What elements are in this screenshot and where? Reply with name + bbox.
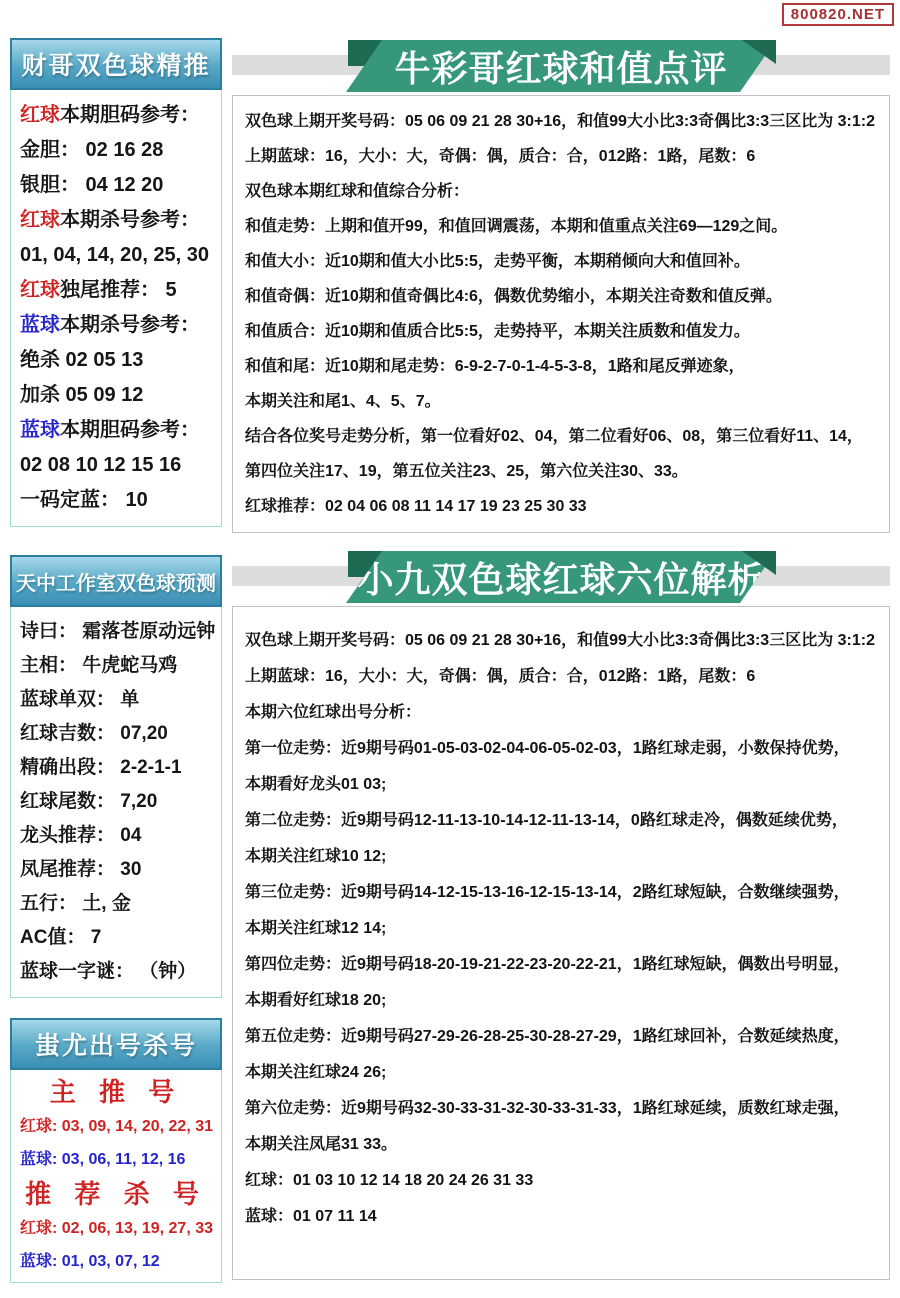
- analysis-line: 双色球上期开奖号码：05 06 09 21 28 30+16，和值99大小比3:…: [245, 104, 877, 139]
- analysis-line: 第五位走势：近9期号码27-29-26-28-25-30-28-27-29，1路…: [245, 1019, 877, 1055]
- panel-chiyou-numbers: 蚩尤出号杀号 主 推 号 红球: 03, 09, 14, 20, 22, 31 …: [10, 1018, 222, 1283]
- panel-caige-title: 财哥双色球精推: [10, 38, 222, 90]
- line-text: 本期胆码参考：: [60, 419, 200, 441]
- text-line: 凤尾推荐： 30: [20, 853, 212, 887]
- text-line: 01, 04, 14, 20, 25, 30: [20, 238, 212, 273]
- red-ball-recommendation: 红球推荐：02 04 06 08 11 14 17 19 23 25 30 33: [245, 489, 877, 524]
- line-text: 主相： 牛虎蛇马鸡: [20, 655, 177, 676]
- analysis-line: 本期关注凤尾31 33。: [245, 1127, 877, 1163]
- text-line: 诗曰： 霜落苍原动远钟: [20, 615, 212, 649]
- red-ball-recommendation: 红球：01 03 10 12 14 18 20 24 26 31 33: [245, 1163, 877, 1199]
- banner-niucaige: 牛彩哥红球和值点评: [346, 40, 776, 92]
- text-line: 绝杀 02 05 13: [20, 343, 212, 378]
- line-text: 蓝球单双： 单: [20, 689, 139, 710]
- text-line: 蓝球一字谜： （钟）: [20, 955, 212, 989]
- line-highlight: 蓝球: [20, 314, 60, 336]
- text-line: AC值： 7: [20, 921, 212, 955]
- line-text: 蓝球一字谜： （钟）: [20, 961, 196, 982]
- line-text: 红球吉数： 07,20: [20, 723, 168, 744]
- line-text: 02 08 10 12 15 16: [20, 454, 181, 476]
- text-line: 主相： 牛虎蛇马鸡: [20, 649, 212, 683]
- text-line: 加杀 05 09 12: [20, 378, 212, 413]
- line-text: 加杀 05 09 12: [20, 384, 143, 406]
- analysis-line: 第二位走势：近9期号码12-11-13-10-14-12-11-13-14，0路…: [245, 803, 877, 839]
- analysis-line: 第四位走势：近9期号码18-20-19-21-22-23-20-22-21，1路…: [245, 947, 877, 983]
- main-picks-blue-balls: 蓝球: 03, 06, 11, 12, 16: [20, 1143, 212, 1176]
- line-text: 精确出段： 2-2-1-1: [20, 757, 182, 778]
- analysis-line: 和值和尾：近10期和尾走势：6-9-2-7-0-1-4-5-3-8，1路和尾反弹…: [245, 349, 877, 384]
- text-line: 蓝球本期胆码参考：: [20, 413, 212, 448]
- line-highlight: 红球: [20, 209, 60, 231]
- text-line: 精确出段： 2-2-1-1: [20, 751, 212, 785]
- text-line: 红球吉数： 07,20: [20, 717, 212, 751]
- panel-tianzhong-body: 诗曰： 霜落苍原动远钟 主相： 牛虎蛇马鸡 蓝球单双： 单 红球吉数： 07,2…: [10, 607, 222, 998]
- analysis-line: 和值走势：上期和值开99，和值回调震荡，本期和值重点关注69—129之间。: [245, 209, 877, 244]
- text-line: 龙头推荐： 04: [20, 819, 212, 853]
- analysis-line: 结合各位奖号走势分析，第一位看好02、04，第二位看好06、08，第三位看好11…: [245, 419, 877, 454]
- line-text: 红球尾数： 7,20: [20, 791, 157, 812]
- analysis-line: 本期关注红球10 12;: [245, 839, 877, 875]
- text-line: 红球本期胆码参考：: [20, 98, 212, 133]
- analysis-line: 双色球本期红球和值综合分析：: [245, 174, 877, 209]
- panel-niucaige-sum-analysis: 双色球上期开奖号码：05 06 09 21 28 30+16，和值99大小比3:…: [232, 95, 890, 533]
- right-column: 双色球上期开奖号码：05 06 09 21 28 30+16，和值99大小比3:…: [232, 0, 890, 1298]
- line-text: 龙头推荐： 04: [20, 825, 141, 846]
- text-line: 一码定蓝： 10: [20, 483, 212, 518]
- analysis-line: 第三位走势：近9期号码14-12-15-13-16-12-15-13-14，2路…: [245, 875, 877, 911]
- text-line: 蓝球单双： 单: [20, 683, 212, 717]
- line-text: 独尾推荐： 5: [60, 279, 177, 301]
- main-picks-red-balls: 红球: 03, 09, 14, 20, 22, 31: [20, 1110, 212, 1143]
- analysis-line: 上期蓝球：16，大小：大，奇偶：偶，质合：合，012路：1路，尾数：6: [245, 139, 877, 174]
- panel-chiyou-title: 蚩尤出号杀号: [10, 1018, 222, 1070]
- line-text: 本期杀号参考：: [60, 314, 200, 336]
- text-line: 红球尾数： 7,20: [20, 785, 212, 819]
- line-highlight: 红球: [20, 104, 60, 126]
- line-text: 本期胆码参考：: [60, 104, 200, 126]
- text-line: 五行： 土, 金: [20, 887, 212, 921]
- line-text: 金胆： 02 16 28: [20, 139, 163, 161]
- text-line: 金胆： 02 16 28: [20, 133, 212, 168]
- analysis-line: 上期蓝球：16，大小：大，奇偶：偶，质合：合，012路：1路，尾数：6: [245, 659, 877, 695]
- analysis-line: 第六位走势：近9期号码32-30-33-31-32-30-33-31-33，1路…: [245, 1091, 877, 1127]
- main-picks-heading: 主 推 号: [20, 1074, 212, 1110]
- panel-xiaojiu-position-analysis: 双色球上期开奖号码：05 06 09 21 28 30+16，和值99大小比3:…: [232, 606, 890, 1280]
- panel-tianzhong-studio: 天中工作室双色球预测 诗曰： 霜落苍原动远钟 主相： 牛虎蛇马鸡 蓝球单双： 单…: [10, 555, 222, 998]
- kill-red-balls: 红球: 02, 06, 13, 19, 27, 33: [20, 1212, 212, 1245]
- line-highlight: 蓝球: [20, 419, 60, 441]
- blue-ball-recommendation: 蓝球：01 07 11 14: [245, 1199, 877, 1235]
- analysis-line: 本期看好龙头01 03;: [245, 767, 877, 803]
- banner-xiaojiu-title: 小九双色球红球六位解析: [346, 551, 776, 603]
- panel-tianzhong-title: 天中工作室双色球预测: [10, 555, 222, 607]
- analysis-line: 本期关注红球12 14;: [245, 911, 877, 947]
- analysis-line: 第一位走势：近9期号码01-05-03-02-04-06-05-02-03，1路…: [245, 731, 877, 767]
- line-highlight: 红球: [20, 279, 60, 301]
- analysis-line: 本期看好红球18 20;: [245, 983, 877, 1019]
- line-text: 01, 04, 14, 20, 25, 30: [20, 244, 209, 266]
- analysis-line: 和值大小：近10期和值大小比5:5，走势平衡，本期稍倾向大和值回补。: [245, 244, 877, 279]
- line-text: AC值： 7: [20, 927, 101, 948]
- line-text: 银胆： 04 12 20: [20, 174, 163, 196]
- banner-xiaojiu: 小九双色球红球六位解析: [346, 551, 776, 603]
- line-text: 凤尾推荐： 30: [20, 859, 141, 880]
- analysis-line: 第四位关注17、19，第五位关注23、25，第六位关注30、33。: [245, 454, 877, 489]
- analysis-line: 本期关注和尾1、4、5、7。: [245, 384, 877, 419]
- line-text: 诗曰： 霜落苍原动远钟: [20, 621, 215, 642]
- text-line: 红球独尾推荐： 5: [20, 273, 212, 308]
- analysis-line: 本期关注红球24 26;: [245, 1055, 877, 1091]
- line-text: 一码定蓝： 10: [20, 489, 148, 511]
- text-line: 银胆： 04 12 20: [20, 168, 212, 203]
- line-text: 绝杀 02 05 13: [20, 349, 143, 371]
- line-text: 本期杀号参考：: [60, 209, 200, 231]
- text-line: 红球本期杀号参考：: [20, 203, 212, 238]
- analysis-line: 本期六位红球出号分析：: [245, 695, 877, 731]
- analysis-line: 和值奇偶：近10期和值奇偶比4:6，偶数优势缩小，本期关注奇数和值反弹。: [245, 279, 877, 314]
- kill-numbers-heading: 推 荐 杀 号: [20, 1176, 212, 1212]
- kill-blue-balls: 蓝球: 01, 03, 07, 12: [20, 1245, 212, 1278]
- text-line: 02 08 10 12 15 16: [20, 448, 212, 483]
- panel-chiyou-body: 主 推 号 红球: 03, 09, 14, 20, 22, 31 蓝球: 03,…: [10, 1070, 222, 1283]
- line-text: 五行： 土, 金: [20, 893, 131, 914]
- panel-caige-predictions: 财哥双色球精推 红球本期胆码参考： 金胆： 02 16 28 银胆： 04 12…: [10, 38, 222, 527]
- analysis-line: 和值质合：近10期和值质合比5:5，走势持平，本期关注质数和值发力。: [245, 314, 877, 349]
- banner-niucaige-title: 牛彩哥红球和值点评: [346, 40, 776, 92]
- analysis-line: 双色球上期开奖号码：05 06 09 21 28 30+16，和值99大小比3:…: [245, 623, 877, 659]
- text-line: 蓝球本期杀号参考：: [20, 308, 212, 343]
- panel-caige-body: 红球本期胆码参考： 金胆： 02 16 28 银胆： 04 12 20 红球本期…: [10, 90, 222, 527]
